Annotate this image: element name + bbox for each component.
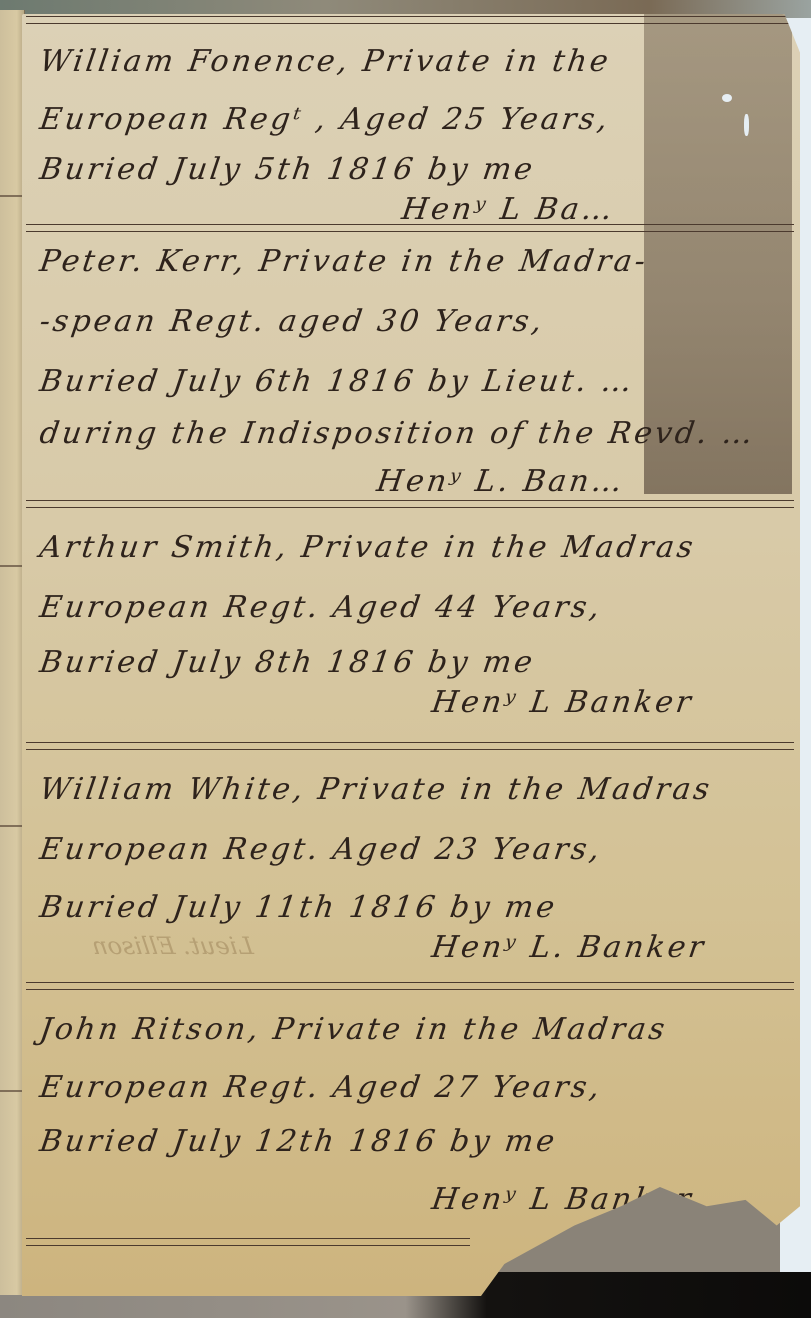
entry-line: Arthur Smith, Private in the Madras [38,530,698,565]
paper-hole [722,94,732,102]
facing-page-rule [0,195,22,197]
paper-hole [744,114,749,136]
entry-divider [26,16,794,24]
officiant-signature: Henʸ L Ba… [400,192,618,227]
facing-page-edge [0,10,25,1295]
entry-line: Buried July 8th 1816 by me [38,645,538,680]
entry-line: European Regt. Aged 27 Years, [38,1070,605,1105]
facing-page-rule [0,825,22,827]
officiant-signature: Henʸ L Banker [430,685,696,720]
bleed-through-text: Lieut. Ellison [90,932,255,960]
entry-line: Peter. Kerr, Private in the Madra- [38,244,651,279]
entry-divider [26,742,794,750]
entry-divider [26,982,794,990]
entry-line: -spean Regt. aged 30 Years, [38,304,547,339]
entry-line: European Regᵗ , Aged 25 Years, [38,102,613,137]
register-page: William Fonence, Private in the European… [22,14,800,1296]
entry-line: European Regt. Aged 44 Years, [38,590,605,625]
officiant-signature: Henʸ L. Ban… [375,464,628,499]
entry-line: Buried July 6th 1816 by Lieut. … [38,364,637,399]
entry-divider [26,1238,470,1246]
entry-line: William White, Private in the Madras [38,772,715,807]
entry-line: Buried July 11th 1816 by me [38,890,560,925]
entry-divider [26,224,794,232]
entry-line: Buried July 12th 1816 by me [38,1124,560,1159]
entry-line: William Fonence, Private in the [38,44,614,79]
entry-line: John Ritson, Private in the Madras [38,1012,670,1047]
officiant-signature: Henʸ L Banker [430,1182,696,1217]
facing-page-rule [0,565,22,567]
entry-line: Buried July 5th 1816 by me [38,152,538,187]
officiant-signature: Henʸ L. Banker [430,930,709,965]
entry-divider [26,500,794,508]
entry-line: European Regt. Aged 23 Years, [38,832,605,867]
facing-page-rule [0,1090,22,1092]
entry-line: during the Indisposition of the Revd. … [38,416,758,451]
